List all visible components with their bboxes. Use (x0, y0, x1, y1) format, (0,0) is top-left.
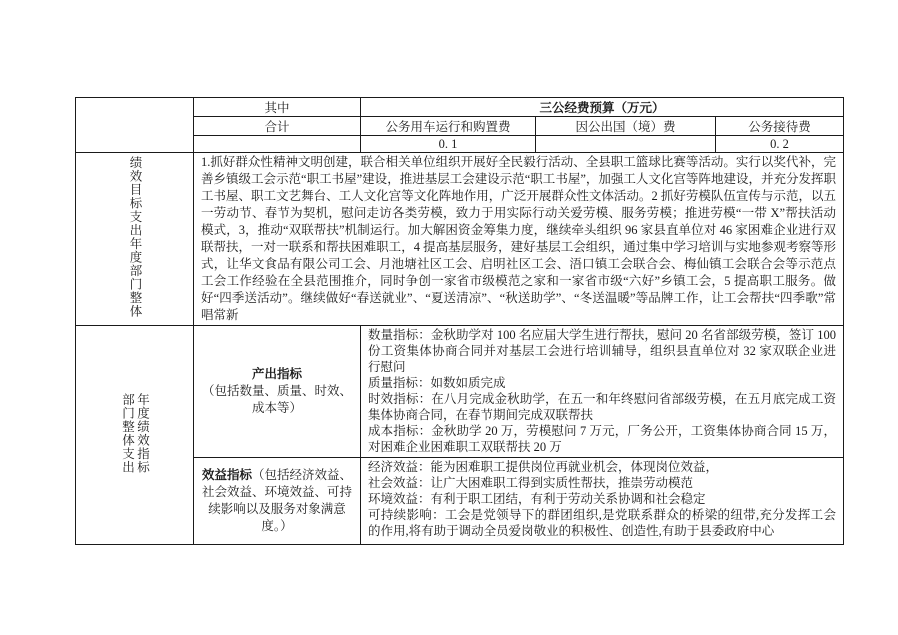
benefit-item-sustainability: 可持续影响：工会是党领导下的群团组织,是党联系群众的桥梁的纽带,充分发挥工会的作… (368, 507, 836, 539)
section2-row-header: 部门整体支出年度绩效指标 (76, 326, 194, 545)
top-left-empty-cell (76, 98, 194, 153)
output-indicator-content: 数量指标：金秋助学对 100 名应届大学生进行帮扶，慰问 20 名省部级劳模，签… (361, 326, 844, 458)
qizhong-cell: 其中 (194, 98, 361, 117)
val-reception-cell: 0. 2 (716, 136, 844, 153)
output-item-quantity: 数量指标：金秋助学对 100 名应届大学生进行帮扶，慰问 20 名省部级劳模，签… (368, 327, 836, 375)
benefit-indicator-header: 效益指标（包括经济效益、社会效益、环境效益、可持续影响以及服务对象满意度。） (194, 458, 361, 545)
heji-cell: 合计 (194, 117, 361, 136)
output-item-cost: 成本指标：金秋助学 20 万，劳模慰问 7 万元，厂务公开，工资集体协商合同 1… (368, 423, 836, 455)
section2-row-label-right: 年度绩效指标 (135, 393, 150, 474)
col-vehicle-header: 公务用车运行和购置费 (361, 117, 536, 136)
benefit-indicator-title: 效益指标 (202, 468, 252, 482)
val-vehicle-cell: 0. 1 (361, 136, 536, 153)
val-total-cell (194, 136, 361, 153)
section2-row-label-left: 部门整体支出 (120, 393, 135, 474)
budget-performance-table: 其中 三公经费预算（万元） 合计 公务用车运行和购置费 因公出国（境）费 公务接… (75, 97, 844, 545)
val-abroad-cell (536, 136, 716, 153)
budget-title-cell: 三公经费预算（万元） (361, 98, 844, 117)
output-indicator-header: 产出指标 （包括数量、质量、时效、成本等） (194, 326, 361, 458)
benefit-indicator-content: 经济效益：能为困难职工提供岗位再就业机会，体现岗位效益， 社会效益：让广大困难职… (361, 458, 844, 545)
col-abroad-header: 因公出国（境）费 (536, 117, 716, 136)
output-indicator-subtitle: （包括数量、质量、时效、成本等） (198, 383, 356, 417)
section1-paragraph: 1.抓好群众性精神文明创建，联合相关单位组织开展好全民毅行活动、全县职工篮球比赛… (198, 153, 839, 325)
output-item-timeliness: 时效指标：在八月完成金秋助学，在五一和年终慰问省部级劳模，在五月底完成工资集体协… (368, 391, 836, 423)
section1-row-label: 绩效目标支出年度部门整体 (127, 156, 142, 318)
section1-row-header: 绩效目标支出年度部门整体 (76, 153, 194, 326)
col-reception-header: 公务接待费 (716, 117, 844, 136)
output-indicator-title: 产出指标 (198, 366, 356, 383)
output-item-quality: 质量指标：如数如质完成 (368, 375, 836, 391)
benefit-item-environment: 环境效益：有利于职工团结，有利于劳动关系协调和社会稳定 (368, 491, 836, 507)
section1-content-cell: 1.抓好群众性精神文明创建，联合相关单位组织开展好全民毅行活动、全县职工篮球比赛… (194, 153, 844, 326)
benefit-item-economic: 经济效益：能为困难职工提供岗位再就业机会，体现岗位效益， (368, 459, 836, 475)
benefit-item-social: 社会效益：让广大困难职工得到实质性帮扶，推崇劳动模范 (368, 475, 836, 491)
